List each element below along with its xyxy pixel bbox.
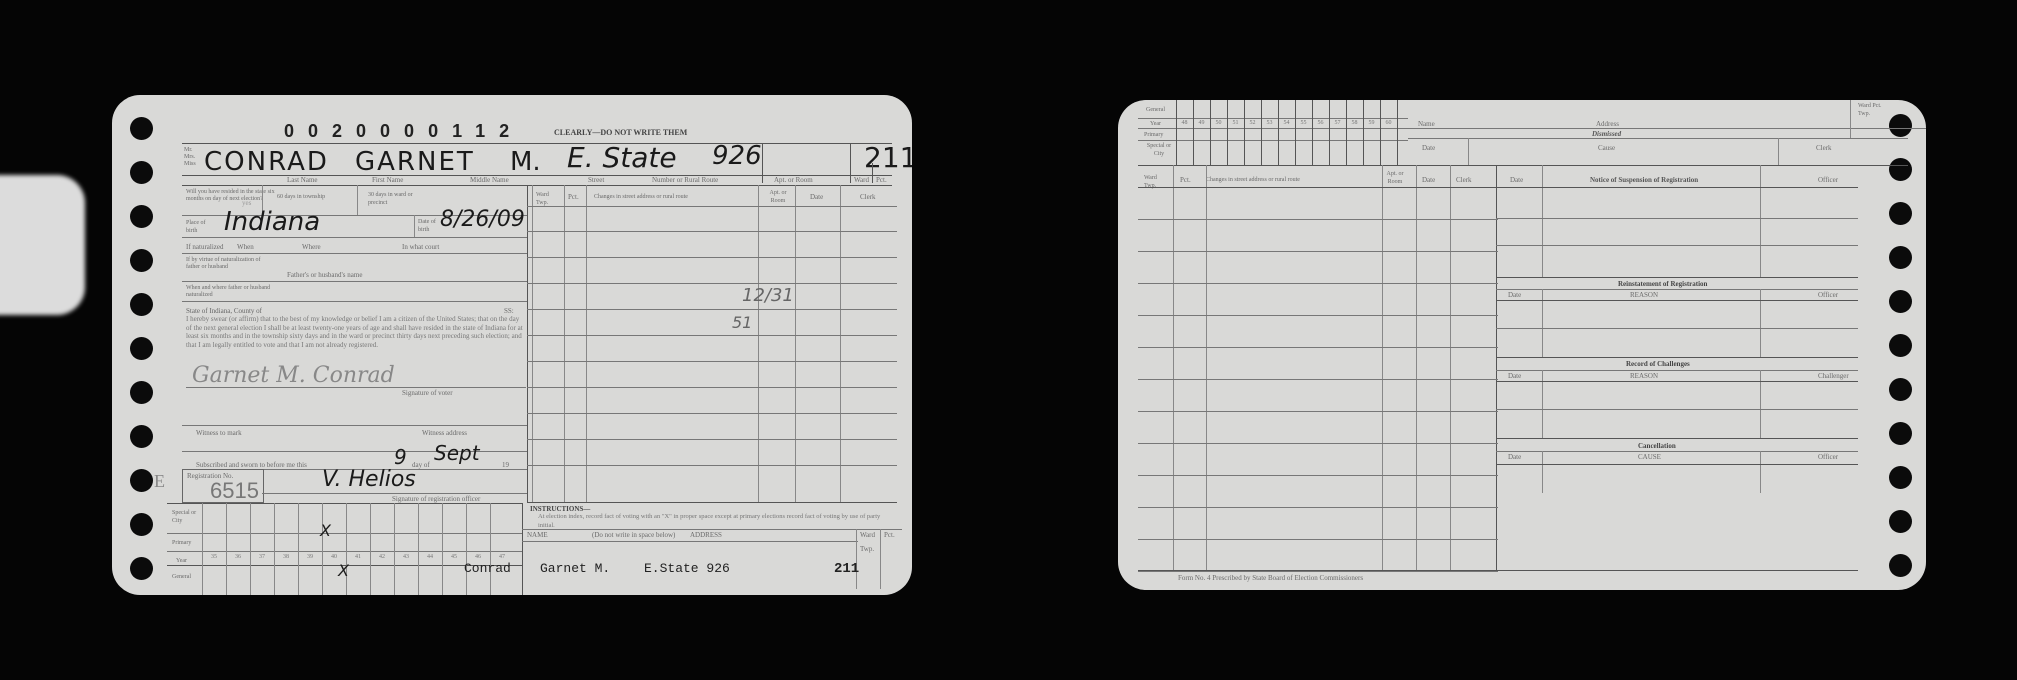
registration-number-box: Registration No. 6515 (182, 469, 264, 503)
street-label: Street (588, 176, 604, 184)
reinstatement-date-label: Date (1508, 291, 1521, 299)
officer-signature: V. Helios (322, 467, 416, 492)
rule (1138, 475, 1498, 476)
rule (1542, 451, 1543, 493)
rule (880, 529, 881, 589)
rule (1329, 100, 1330, 165)
rule (527, 387, 897, 388)
back-row-general: General (1146, 106, 1165, 114)
rule (394, 503, 395, 595)
rule (167, 551, 522, 552)
rule (1760, 451, 1761, 493)
year-label: 37 (250, 554, 274, 560)
rule (1138, 251, 1498, 252)
rule (1496, 187, 1858, 188)
punch-hole (130, 337, 153, 360)
rule (182, 143, 892, 144)
vote-mark: X (338, 561, 349, 580)
rule (1138, 571, 1498, 572)
rule (1138, 140, 1408, 141)
rule (466, 503, 467, 595)
punch-hole (130, 117, 153, 140)
challenges-challenger-label: Challenger (1818, 372, 1849, 380)
removal-clerk-label: Clerk (1816, 144, 1832, 152)
rule (1244, 100, 1245, 165)
rule (182, 281, 527, 282)
oath-heading: State of Indiana, County of (186, 307, 262, 315)
rule (1496, 289, 1858, 290)
rule (357, 185, 358, 215)
col-clerk: Clerk (860, 193, 876, 201)
rule (1496, 165, 1497, 570)
rule (1138, 187, 1498, 188)
removal-name-label: Name (1418, 120, 1435, 128)
back-row-special: Special or City (1144, 142, 1174, 158)
year-label: 46 (466, 554, 490, 560)
rule (182, 425, 527, 426)
rule (1496, 277, 1858, 278)
year-label: 55 (1295, 120, 1312, 126)
father-husband-label: Father's or husband's name (287, 271, 362, 279)
year-label: 57 (1329, 120, 1346, 126)
rule (1312, 100, 1313, 165)
naturalized-where: Where (302, 243, 321, 251)
year-label: 36 (226, 554, 250, 560)
year-prefix-label: 19 (502, 461, 509, 469)
rule (1542, 165, 1543, 277)
punch-hole (130, 161, 153, 184)
rule (414, 215, 415, 237)
row-label-year: Year (176, 557, 187, 565)
year-label: 50 (1210, 120, 1227, 126)
back-col-changes: Changes in street address or rural route (1206, 176, 1300, 184)
index-ward: 211 (834, 561, 859, 577)
rule (1138, 128, 1926, 129)
rule (1496, 464, 1858, 465)
registration-card-back: General Year Primary Special or City 484… (1118, 100, 1926, 590)
index-address-label: ADDRESS (690, 531, 722, 539)
rule (1138, 165, 1908, 166)
rule (182, 301, 527, 302)
rule (527, 465, 897, 466)
rule (182, 237, 527, 238)
rule (1295, 100, 1296, 165)
rule (527, 502, 897, 503)
year-label: 53 (1261, 120, 1278, 126)
rule (1496, 451, 1858, 452)
rule (1380, 100, 1381, 165)
index-first-name: Garnet M. (540, 561, 610, 576)
apt-room-label: Apt. or Room (774, 176, 813, 184)
rule (1760, 165, 1761, 277)
year-label: 51 (1227, 120, 1244, 126)
col-apt-room: Apt. or Room (764, 189, 792, 205)
rule (418, 503, 419, 595)
rule (1496, 438, 1858, 439)
year-label: 52 (1244, 120, 1261, 126)
rule (1496, 381, 1858, 382)
rule (527, 257, 897, 258)
back-col-clerk: Clerk (1456, 176, 1472, 184)
rule (226, 503, 227, 595)
rule (1138, 283, 1498, 284)
subscribed-label: Subscribed and sworn to before me this (196, 461, 307, 469)
rule (1138, 379, 1498, 380)
rule (527, 361, 897, 362)
year-label: 47 (490, 554, 514, 560)
rule (527, 185, 528, 503)
rule (1496, 300, 1858, 301)
cancellation-officer-label: Officer (1818, 453, 1838, 461)
naturalized-when: When (237, 243, 254, 251)
street-value: E. State (567, 141, 677, 174)
removal-cause-label: Cause (1598, 144, 1615, 152)
rule (527, 335, 897, 336)
back-row-year: Year (1150, 120, 1161, 128)
rule (1416, 165, 1417, 570)
rule (1138, 539, 1498, 540)
punch-hole (130, 513, 153, 536)
rule (1468, 138, 1469, 165)
first-name-value: GARNET (355, 147, 475, 177)
rule (527, 283, 897, 284)
rule (1496, 370, 1858, 371)
rule (758, 185, 759, 503)
rule (1261, 100, 1262, 165)
rule (1450, 165, 1451, 570)
rule (527, 413, 897, 414)
row-label-special: Special or City (172, 509, 200, 525)
punch-hole (1889, 510, 1912, 533)
ward-question: 30 days in ward or precinct (368, 191, 418, 207)
year-label: 48 (1176, 120, 1193, 126)
handwritten-entry: 51 (732, 313, 752, 332)
reinstatement-officer-label: Officer (1818, 291, 1838, 299)
year-label: 56 (1312, 120, 1329, 126)
reinstatement-reason-label: REASON (1630, 291, 1658, 299)
rule (1138, 443, 1498, 444)
rule (1778, 138, 1779, 165)
punch-hole (130, 293, 153, 316)
index-do-not-write: (Do not write in space below) (592, 531, 675, 539)
rule (856, 529, 857, 589)
subscribed-day: 9 (394, 445, 407, 469)
header-instruction: CLEARLY—DO NOT WRITE THEM (554, 129, 687, 137)
col-ward-twp: Ward Twp. (536, 191, 562, 207)
year-label: 40 (322, 554, 346, 560)
back-ward-pct-label: Ward Pct. Twp. (1858, 102, 1888, 118)
suspension-date-label: Date (1510, 176, 1523, 184)
when-where-label: When and where father or husband natural… (186, 285, 276, 299)
punch-hole (130, 425, 153, 448)
rule (1408, 138, 1908, 139)
date-of-birth-value: 8/26/09 (440, 207, 525, 232)
serial-stamp: 0020000112 (284, 121, 523, 142)
index-twp-label: Twp. (860, 545, 874, 553)
rule (1227, 100, 1228, 165)
rule (1496, 245, 1858, 246)
rule (1138, 118, 1408, 119)
year-label: 38 (274, 554, 298, 560)
derivative-label: If by virtue of naturalization of father… (186, 257, 266, 271)
vote-mark: X (320, 521, 331, 540)
first-name-label: First Name (372, 176, 403, 184)
punch-hole (130, 469, 153, 492)
suspension-title: Notice of Suspension of Registration (1590, 176, 1698, 184)
prefix-labels: Mr. Mrs. Miss (184, 147, 196, 168)
year-label: 60 (1380, 120, 1397, 126)
back-col-date: Date (1422, 176, 1435, 184)
year-label: 41 (346, 554, 370, 560)
naturalized-label: If naturalized (186, 243, 224, 251)
voter-signature-label: Signature of voter (402, 389, 453, 397)
pct-label: Pct. (876, 176, 887, 184)
index-name-label: NAME (527, 531, 548, 539)
last-name-label: Last Name (287, 176, 318, 184)
margin-letter: E (154, 477, 165, 485)
township-question: 60 days in township (277, 193, 332, 201)
rule (850, 143, 851, 183)
rule (527, 231, 897, 232)
rule (1496, 328, 1858, 329)
punch-hole (130, 249, 153, 272)
year-label: 42 (370, 554, 394, 560)
registration-card-front: 0020000112 CLEARLY—DO NOT WRITE THEM Mr.… (112, 95, 912, 595)
middle-name-label: Middle Name (470, 176, 509, 184)
number-route-label: Number or Rural Route (652, 176, 718, 184)
rule (298, 503, 299, 595)
rule (1346, 100, 1347, 165)
row-label-primary: Primary (172, 539, 191, 547)
col-pct: Pct. (568, 193, 579, 201)
rule (250, 503, 251, 595)
back-col-pct: Pct. (1180, 176, 1191, 184)
punch-hole (130, 381, 153, 404)
punch-hole (130, 557, 153, 580)
punch-hole (1889, 378, 1912, 401)
rule (274, 503, 275, 595)
col-changes: Changes in street address or rural route (594, 193, 688, 201)
rule (522, 541, 858, 542)
rule (186, 387, 526, 388)
residence-question: Will you have resided in the state six m… (186, 189, 286, 203)
oath-text: I hereby swear (or affirm) that to the b… (186, 315, 526, 349)
instructions-text: At election index, record fact of voting… (538, 513, 898, 530)
residence-answer: yes (242, 199, 251, 207)
rule (1496, 409, 1858, 410)
rule (1193, 100, 1194, 165)
rule (1138, 315, 1498, 316)
rule (182, 253, 527, 254)
rule (1176, 100, 1177, 165)
year-label: 35 (202, 554, 226, 560)
suspension-officer-label: Officer (1818, 176, 1838, 184)
challenges-reason-label: REASON (1630, 372, 1658, 380)
rule (262, 493, 527, 494)
rule (1496, 357, 1858, 358)
rule (1138, 507, 1498, 508)
witness-label: Witness to mark (196, 429, 242, 437)
rule (1173, 165, 1174, 570)
rule (586, 185, 587, 503)
rule (527, 439, 897, 440)
challenges-date-label: Date (1508, 372, 1521, 380)
rule (522, 503, 523, 595)
ward-label: Ward (854, 176, 869, 184)
rule (1138, 219, 1498, 220)
oath-ss: SS: (504, 307, 514, 315)
rule (840, 185, 841, 503)
back-col-apt-room: Apt. or Room (1380, 170, 1410, 186)
rule (1138, 411, 1498, 412)
cancellation-date-label: Date (1508, 453, 1521, 461)
rule (370, 503, 371, 595)
witness-address-label: Witness address (422, 429, 467, 437)
rule (167, 533, 522, 534)
last-name-value: CONRAD (204, 147, 329, 177)
challenges-title: Record of Challenges (1626, 360, 1690, 368)
year-label: 49 (1193, 120, 1210, 126)
instructions-heading: INSTRUCTIONS— (530, 505, 590, 513)
punch-hole (130, 205, 153, 228)
middle-name-value: M. (510, 147, 541, 177)
reinstatement-title: Reinstatement of Registration (1618, 280, 1707, 288)
registration-number-value: 6515 (210, 478, 259, 504)
rule (1397, 100, 1398, 165)
naturalized-court: In what court (402, 243, 439, 251)
rule (532, 185, 533, 503)
rule (182, 185, 892, 186)
punch-hole (1889, 202, 1912, 225)
dismissed-label: Dismissed (1592, 130, 1621, 138)
voter-signature: Garnet M. Conrad (192, 363, 395, 388)
rule (202, 503, 203, 595)
rule (1206, 165, 1207, 570)
rule (442, 503, 443, 595)
year-label: 43 (394, 554, 418, 560)
year-label: 45 (442, 554, 466, 560)
subscribed-month: Sept (434, 441, 480, 465)
rule (1496, 218, 1858, 219)
rule (167, 503, 522, 504)
date-of-birth-label: Date of birth (418, 218, 442, 234)
punch-hole (1889, 334, 1912, 357)
officer-signature-label: Signature of registration officer (392, 495, 480, 503)
back-row-primary: Primary (1144, 131, 1163, 139)
col-date: Date (810, 193, 823, 201)
rule (527, 206, 897, 207)
film-tab-artifact (0, 175, 85, 315)
rule (346, 503, 347, 595)
index-pct-label: Pct. (884, 531, 895, 539)
rule (490, 503, 491, 595)
removal-address-label: Address (1596, 120, 1619, 128)
rule (322, 503, 323, 595)
rule (762, 143, 763, 183)
year-label: 54 (1278, 120, 1295, 126)
rule (1278, 100, 1279, 165)
rule (795, 185, 796, 503)
handwritten-entry: 12/31 (742, 285, 794, 306)
punch-hole (1889, 466, 1912, 489)
rule (1382, 165, 1383, 570)
number-value: 926 (712, 141, 762, 171)
rule (1138, 347, 1498, 348)
index-ward-label: Ward (860, 531, 875, 539)
cancellation-title: Cancellation (1638, 442, 1676, 450)
punch-hole (1889, 290, 1912, 313)
cancellation-cause-label: CAUSE (1638, 453, 1661, 461)
year-label: 44 (418, 554, 442, 560)
rule (527, 309, 897, 310)
rule (522, 529, 902, 530)
row-label-general: General (172, 573, 191, 581)
punch-hole (1889, 554, 1912, 577)
place-of-birth-label: Place of birth (186, 219, 216, 235)
rule (1850, 100, 1851, 138)
year-label: 58 (1346, 120, 1363, 126)
index-last-name: Conrad (464, 561, 511, 576)
removal-date-label: Date (1422, 144, 1435, 152)
rule (872, 163, 873, 183)
rule (1363, 100, 1364, 165)
rule (1210, 100, 1211, 165)
year-label: 59 (1363, 120, 1380, 126)
punch-hole (1889, 246, 1912, 269)
year-label: 39 (298, 554, 322, 560)
rule (1138, 570, 1858, 571)
punch-hole (1889, 114, 1912, 137)
form-footer: Form No. 4 Prescribed by State Board of … (1178, 574, 1363, 582)
place-of-birth-value: Indiana (224, 207, 320, 237)
punch-hole (1889, 158, 1912, 181)
index-address: E.State 926 (644, 561, 730, 576)
punch-hole (1889, 422, 1912, 445)
rule (564, 185, 565, 503)
